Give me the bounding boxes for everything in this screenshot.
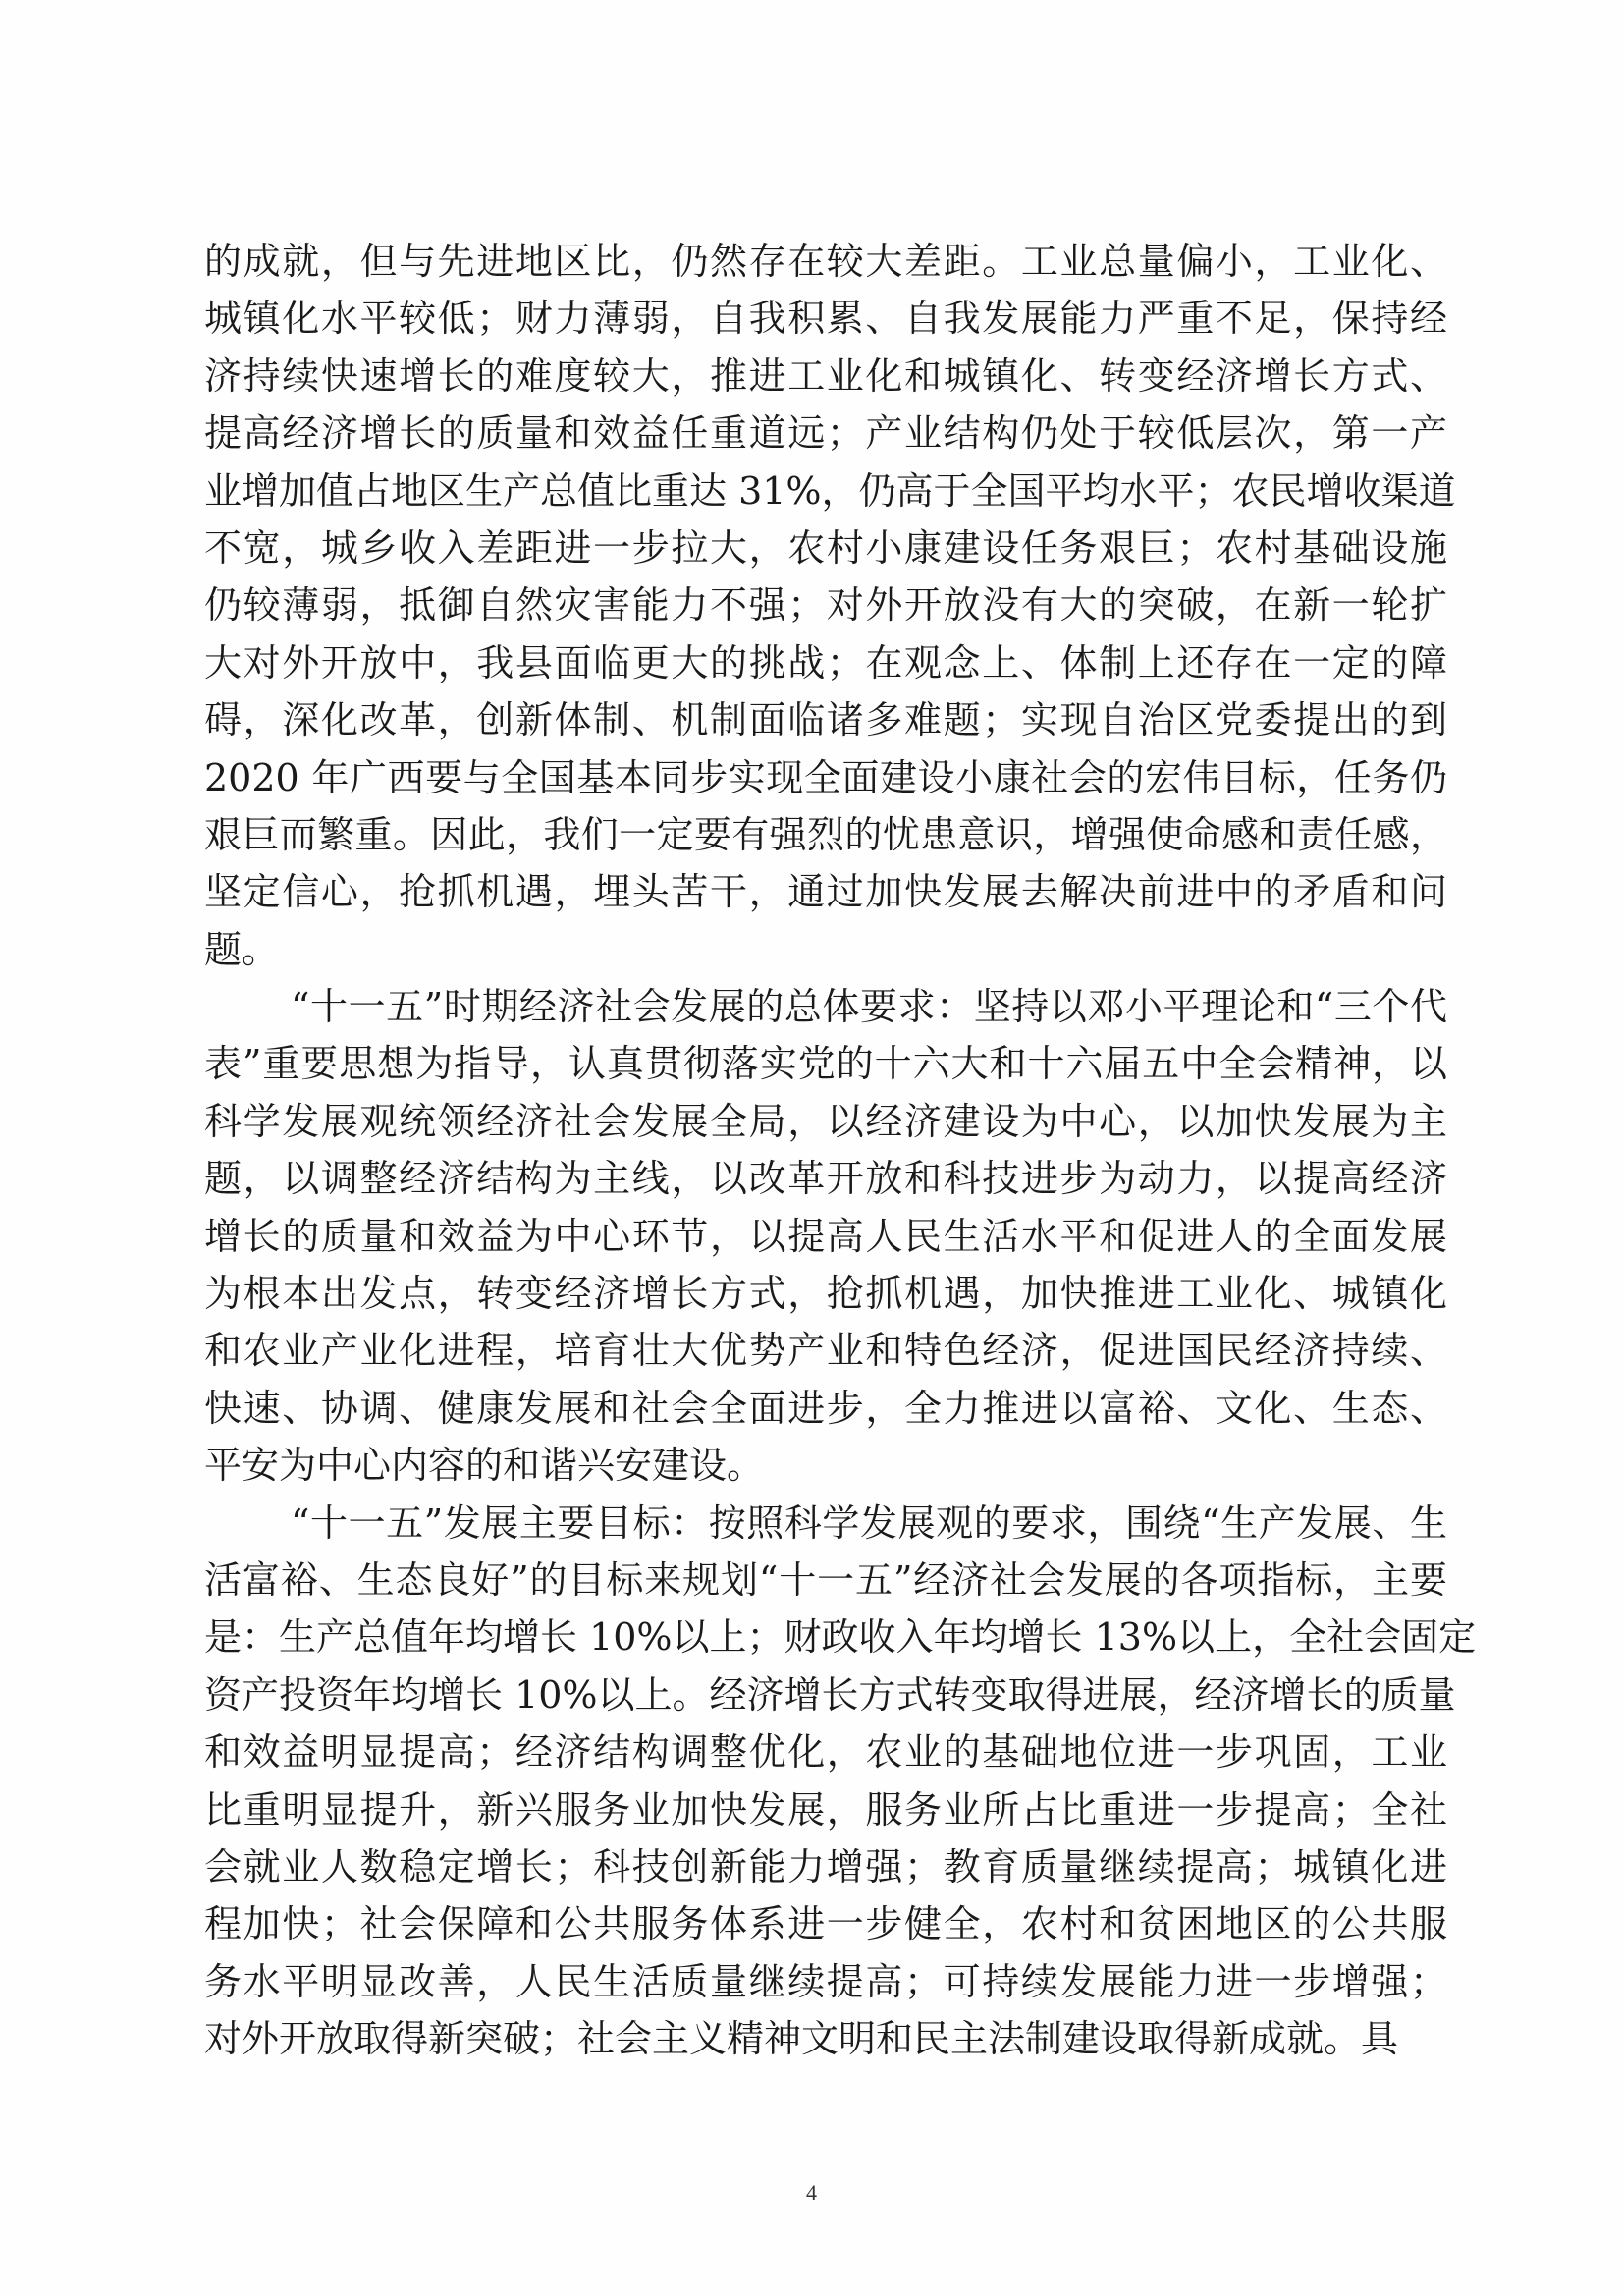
text-line: 对外开放取得新突破；社会主义精神文明和民主法制建设取得新成就。具 <box>204 2010 1447 2067</box>
text-line: 表”重要思想为指导，认真贯彻落实党的十六大和十六届五中全会精神，以 <box>204 1035 1447 1092</box>
text-line: 不宽，城乡收入差距进一步拉大，农村小康建设任务艰巨；农村基础设施 <box>204 519 1447 576</box>
text-line: 艰巨而繁重。因此，我们一定要有强烈的忧患意识，增强使命感和责任感， <box>204 806 1447 863</box>
text-line: 科学发展观统领经济社会发展全局，以经济建设为中心，以加快发展为主 <box>204 1093 1447 1150</box>
text-line: 题，以调整经济结构为主线，以改革开放和科技进步为动力，以提高经济 <box>204 1150 1447 1207</box>
text-line: 坚定信心，抢抓机遇，埋头苦干，通过加快发展去解决前进中的矛盾和问 <box>204 863 1447 920</box>
paragraph: 的成就，但与先进地区比，仍然存在较大差距。工业总量偏小，工业化、城镇化水平较低；… <box>204 233 1447 978</box>
text-line: 增长的质量和效益为中心环节，以提高人民生活水平和促进人的全面发展 <box>204 1208 1447 1265</box>
document-page: 的成就，但与先进地区比，仍然存在较大差距。工业总量偏小，工业化、城镇化水平较低；… <box>0 0 1623 2296</box>
text-line: 仍较薄弱，抵御自然灾害能力不强；对外开放没有大的突破，在新一轮扩 <box>204 576 1447 633</box>
text-line: 比重明显提升，新兴服务业加快发展，服务业所占比重进一步提高；全社 <box>204 1781 1447 1838</box>
text-line: 城镇化水平较低；财力薄弱，自我积累、自我发展能力严重不足，保持经 <box>204 290 1447 347</box>
paragraph: “十一五”发展主要目标：按照科学发展观的要求，围绕“生产发展、生活富裕、生态良好… <box>204 1495 1447 2068</box>
text-line: 大对外开放中，我县面临更大的挑战；在观念上、体制上还存在一定的障 <box>204 634 1447 691</box>
text-line: “十一五”时期经济社会发展的总体要求：坚持以邓小平理论和“三个代 <box>204 978 1447 1035</box>
text-line: 的成就，但与先进地区比，仍然存在较大差距。工业总量偏小，工业化、 <box>204 233 1447 290</box>
text-line: 程加快；社会保障和公共服务体系进一步健全，农村和贫困地区的公共服 <box>204 1895 1447 1952</box>
text-line: 碍，深化改革，创新体制、机制面临诸多难题；实现自治区党委提出的到 <box>204 691 1447 748</box>
text-line: “十一五”发展主要目标：按照科学发展观的要求，围绕“生产发展、生 <box>204 1495 1447 1552</box>
text-line: 2020 年广西要与全国基本同步实现全面建设小康社会的宏伟目标，任务仍 <box>204 749 1447 806</box>
text-line: 务水平明显改善，人民生活质量继续提高；可持续发展能力进一步增强； <box>204 1953 1447 2010</box>
page-number: 4 <box>0 2180 1623 2206</box>
text-line: 济持续快速增长的难度较大，推进工业化和城镇化、转变经济增长方式、 <box>204 348 1447 405</box>
text-line: 和农业产业化进程，培育壮大优势产业和特色经济，促进国民经济持续、 <box>204 1322 1447 1379</box>
text-line: 平安为中心内容的和谐兴安建设。 <box>204 1437 1447 1494</box>
text-line: 提高经济增长的质量和效益任重道远；产业结构仍处于较低层次，第一产 <box>204 405 1447 462</box>
text-line: 为根本出发点，转变经济增长方式，抢抓机遇，加快推进工业化、城镇化 <box>204 1265 1447 1322</box>
text-line: 业增加值占地区生产总值比重达 31%，仍高于全国平均水平；农民增收渠道 <box>204 463 1447 519</box>
text-line: 和效益明显提高；经济结构调整优化，农业的基础地位进一步巩固，工业 <box>204 1723 1447 1780</box>
body-text: 的成就，但与先进地区比，仍然存在较大差距。工业总量偏小，工业化、城镇化水平较低；… <box>204 233 1447 2068</box>
text-line: 题。 <box>204 921 1447 978</box>
text-line: 资产投资年均增长 10%以上。经济增长方式转变取得进展，经济增长的质量 <box>204 1667 1447 1723</box>
text-line: 会就业人数稳定增长；科技创新能力增强；教育质量继续提高；城镇化进 <box>204 1838 1447 1895</box>
paragraph: “十一五”时期经济社会发展的总体要求：坚持以邓小平理论和“三个代表”重要思想为指… <box>204 978 1447 1495</box>
text-line: 是：生产总值年均增长 10%以上；财政收入年均增长 13%以上，全社会固定 <box>204 1609 1447 1666</box>
text-line: 快速、协调、健康发展和社会全面进步，全力推进以富裕、文化、生态、 <box>204 1380 1447 1437</box>
text-line: 活富裕、生态良好”的目标来规划“十一五”经济社会发展的各项指标，主要 <box>204 1552 1447 1609</box>
